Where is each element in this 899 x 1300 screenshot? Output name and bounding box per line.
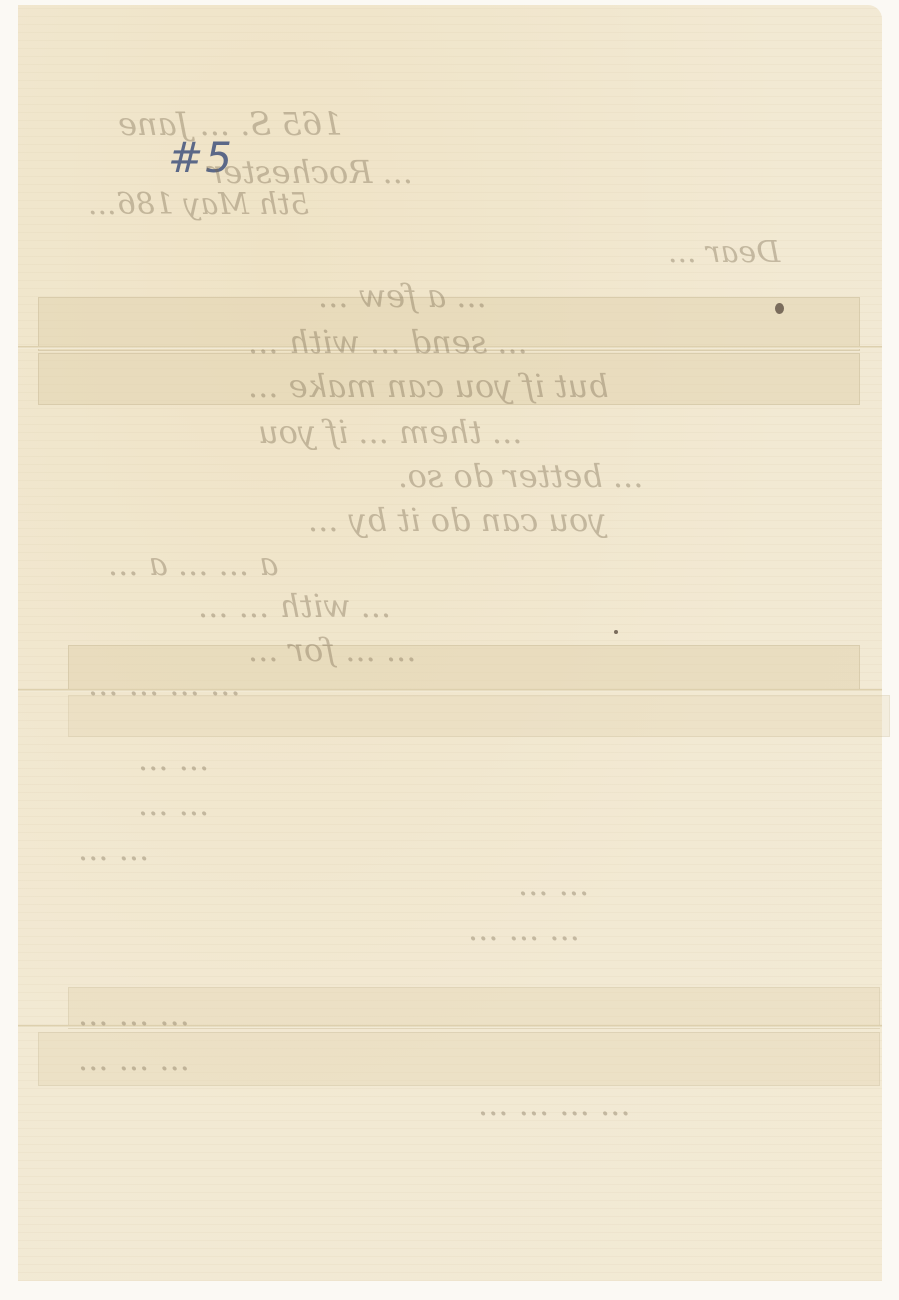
bleed-line: but if you can make ... xyxy=(248,367,609,405)
bleed-line: Dear ... xyxy=(668,235,780,270)
bleed-line: a ... ... a ... xyxy=(108,545,278,583)
bleed-line: ... send ... with ... xyxy=(248,323,528,361)
ink-stain xyxy=(775,303,784,314)
bleed-line: ... ... ... xyxy=(468,910,580,948)
bleed-line: ... ... xyxy=(518,865,589,903)
bleed-line: you can do it by ... xyxy=(308,501,606,539)
bleed-line: ... them ... if you xyxy=(258,413,523,451)
bleed-line: 5th May 186... xyxy=(88,187,309,222)
bleed-line: ... ... xyxy=(138,785,209,823)
bleed-line: ... with ... ... xyxy=(198,587,391,625)
ink-stain xyxy=(614,630,618,634)
bleed-line: ... better do so. xyxy=(398,457,643,495)
bleed-line: ... ... ... ... xyxy=(88,665,241,703)
bleed-line: 165 S. ... Jane xyxy=(118,105,343,143)
letter-page: #5 165 S. ... Jane ... Rochester 5th May… xyxy=(18,5,882,1281)
bleed-line: ... Rochester xyxy=(208,153,413,191)
bleed-line: ... ... xyxy=(138,740,209,778)
bleed-line: ... ... ... xyxy=(78,995,190,1033)
bleed-line: ... ... xyxy=(78,830,149,868)
bleed-line: ... ... for ... xyxy=(248,631,416,669)
bleed-line: ... ... ... ... xyxy=(478,1085,631,1123)
bleed-line: ... a few ... xyxy=(318,277,487,315)
bleed-line: ... ... ... xyxy=(78,1040,190,1078)
